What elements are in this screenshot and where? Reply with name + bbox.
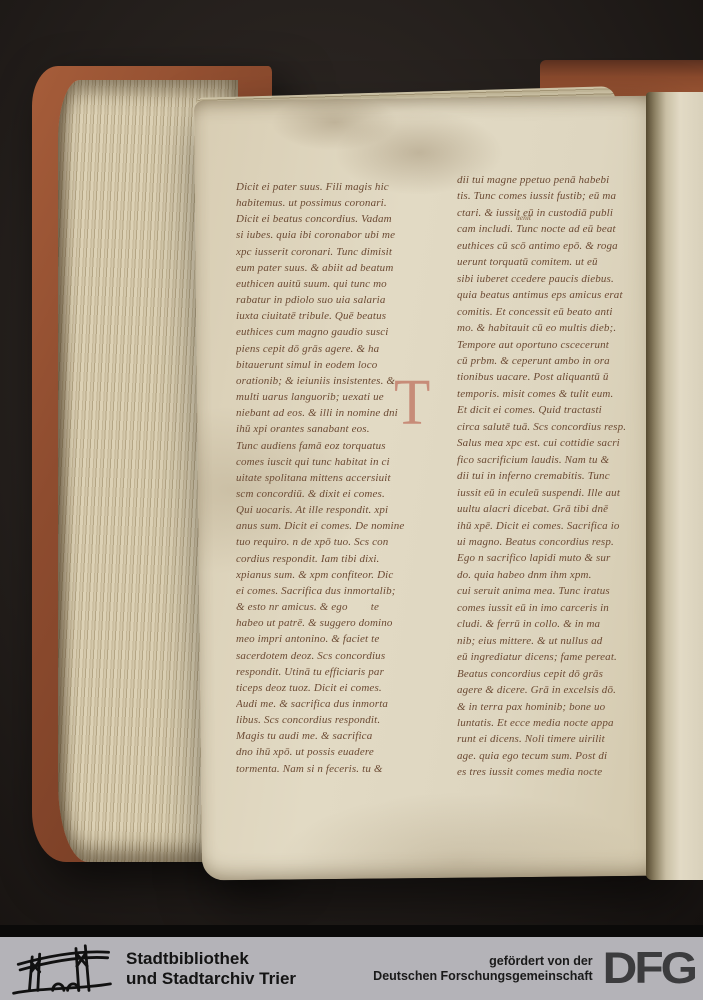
manuscript-line: ei comes. Sacrifica dus inmortalib; [236,583,450,599]
manuscript-line: Audi me. & sacrifica dus inmorta [236,696,450,712]
interlinear-gloss: uenit [516,213,531,222]
manuscript-line: xpianus sum. & xpm confiteor. Dic [236,567,450,583]
manuscript-line: sacerdotem deoz. Scs concordius [236,648,450,664]
manuscript-line: dii tui magne ppetuo penā habebi [457,172,671,188]
manuscript-line: eū ingrediatur dicens; fame pereat. [457,649,671,665]
manuscript-line: meo impri antonino. & faciet te [236,631,450,647]
manuscript-line: do. quia habeo dnm ihm xpm. [457,567,671,583]
manuscript-line: comes iussit eū in imo carceris in [457,600,671,616]
manuscript-line: Dicit ei beatus concordius. Vadam [236,211,450,227]
manuscript-line: anus sum. Dicit ei comes. De nomine [236,518,450,534]
library-credit: Stadtbibliothek und Stadtarchiv Trier [0,942,296,996]
manuscript-line: Salus mea xpc est. cui cottidie sacri [457,435,671,451]
manuscript-line: tis. Tunc comes iussit fustib; eū ma [457,188,671,204]
library-name-line1: Stadtbibliothek [126,949,296,969]
manuscript-line: luntatis. Et ecce media nocte appa [457,715,671,731]
manuscript-line: dii tui in inferno cremabitis. Tunc [457,468,671,484]
manuscript-line: agere & dicere. Grā in excelsis dō. [457,682,671,698]
library-name-line2: und Stadtarchiv Trier [126,969,296,989]
manuscript-line: comitis. Et concessit eū beato anti [457,304,671,320]
manuscript-line: cludi. & ferrū in collo. & in ma [457,616,671,632]
manuscript-line: scm concordiū. & dixit ei comes. [236,486,450,502]
manuscript-line: Ego n sacrifico lapidi muto & sur [457,550,671,566]
manuscript-line: nib; eius mittere. & ut nullus ad [457,633,671,649]
manuscript-line: mo. & habitauit cū eo multis dieb;. [457,320,671,336]
manuscript-line: euthices cum magno gaudio susci [236,324,450,340]
manuscript-line: euthicen auitū suum. qui tunc mo [236,276,450,292]
manuscript-line: es tres iussit comes media nocte [457,764,671,780]
manuscript-line: eum pater suus. & abiit ad beatum [236,260,450,276]
manuscript-line: habitemus. ut possimus coronari. [236,195,450,211]
funding-text: gefördert von der Deutschen Forschungsge… [373,954,593,984]
manuscript-line: Tunc audiens famā eoz torquatus [236,438,450,454]
manuscript-line: Et dicit ei comes. Quid tractasti [457,402,671,418]
manuscript-line: cam includi. Tunc nocte ad eū beat [457,221,671,237]
manuscript-line: tormenta. Nam si n feceris. tu & [236,761,450,777]
manuscript-photo: Dicit ei pater suus. Fili magis hichabit… [0,0,703,925]
bridge-logo-icon [10,942,114,996]
manuscript-line: cū prbm. & ceperunt ambo in ora [457,353,671,369]
library-name: Stadtbibliothek und Stadtarchiv Trier [126,949,296,989]
manuscript-line: quia beatus antimus eps amicus erat [457,287,671,303]
manuscript-line: si iubes. quia ibi coronabor ubi me [236,227,450,243]
manuscript-line: uitate spolitana mittens accersiuit [236,470,450,486]
manuscript-line: dno ihū xpō. ut possis euadere [236,744,450,760]
rubric-initial: T [394,368,430,438]
manuscript-line: & in terra pax hominib; bone uo [457,699,671,715]
manuscript-line: comes iuscit qui tunc habitat in ci [236,454,450,470]
manuscript-line: cordius respondit. Iam tibi dixi. [236,551,450,567]
text-column-left: Dicit ei pater suus. Fili magis hichabit… [236,179,450,779]
funding-credit: gefördert von der Deutschen Forschungsge… [373,945,703,993]
funding-text-line1: gefördert von der [373,954,593,969]
manuscript-line: fico sacrificium laudis. Nam tu & [457,452,671,468]
funding-text-line2: Deutschen Forschungsgemeinschaft [373,969,593,984]
manuscript-line: euthices cū scō antimo epō. & roga [457,238,671,254]
manuscript-line: xpc iusserit coronari. Tunc dimisit [236,244,450,260]
manuscript-line: Magis tu audi me. & sacrifica [236,728,450,744]
text-column-right: dii tui magne ppetuo penā habebitis. Tun… [457,172,671,784]
manuscript-line: iussit eū in eculeū suspendi. Ille aut [457,485,671,501]
manuscript-line: iuxta ciuitatē tribule. Quē beatus [236,308,450,324]
manuscript-line: Dicit ei pater suus. Fili magis hic [236,179,450,195]
digitized-manuscript-page: Dicit ei pater suus. Fili magis hichabit… [0,0,703,1000]
manuscript-line: temporis. misit comes & tulit eum. [457,386,671,402]
manuscript-line: tuo requiro. n de xpō tuo. Scs con [236,534,450,550]
manuscript-line: rabatur in pdiolo suo uia salaria [236,292,450,308]
manuscript-line: tionibus uacare. Post aliquantū ū [457,369,671,385]
manuscript-line: circa salutē tuā. Scs concordius resp. [457,419,671,435]
manuscript-line: ihū xpē. Dicit ei comes. Sacrifica io [457,518,671,534]
manuscript-line: ui magno. Beatus concordius resp. [457,534,671,550]
footer-banner: Stadtbibliothek und Stadtarchiv Trier ge… [0,937,703,1000]
manuscript-line: ctari. & iussit eū in custodiā publi [457,205,671,221]
manuscript-line: uultu alacri dicebat. Grā tibi dnē [457,501,671,517]
manuscript-line: cui seruit anima mea. Tunc iratus [457,583,671,599]
manuscript-line: Beatus concordius cepit dō grās [457,666,671,682]
manuscript-line: Tempore aut oportuno cscecerunt [457,337,671,353]
manuscript-line: uerunt torquatū comitem. ut eū [457,254,671,270]
manuscript-line: runt ei dicens. Noli timere uirilit [457,731,671,747]
footer-divider [0,925,703,937]
manuscript-line: libus. Scs concordius respondit. [236,712,450,728]
manuscript-line: piens cepit dō grās agere. & ha [236,341,450,357]
manuscript-line: habeo ut patrē. & suggero domino [236,615,450,631]
manuscript-line: Qui uocaris. At ille respondit. xpi [236,502,450,518]
manuscript-line: ticeps deoz tuoz. Dicit ei comes. [236,680,450,696]
manuscript-line: & esto nr amicus. & ego te [236,599,450,615]
manuscript-line: age. quia ego tecum sum. Post di [457,748,671,764]
manuscript-line: respondit. Utinā tu efficiaris par [236,664,450,680]
manuscript-line: sibi iuberet ccedere paucis diebus. [457,271,671,287]
dfg-logo: DFG [603,946,695,990]
